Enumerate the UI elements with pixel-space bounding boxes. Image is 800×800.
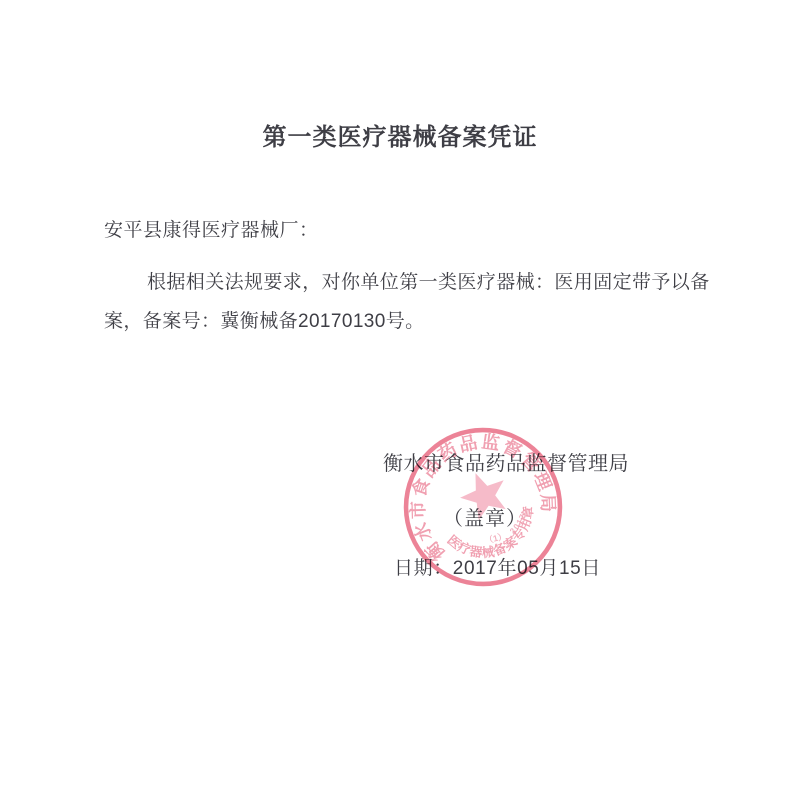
certificate-title: 第一类医疗器械备案凭证 (0, 126, 800, 150)
seal-placeholder-note: （盖章） (443, 507, 527, 531)
body-paragraph: 根据相关法规要求，对你单位第一类医疗器械：医用固定带予以备 案，备案号：冀衡械备… (104, 263, 710, 341)
seal-index-mark: （1） (484, 531, 508, 546)
seal-ring-text: 衡水市食品药品监督管理局 (384, 409, 565, 568)
body-line-2: 案，备案号：冀衡械备20170130号。 (104, 302, 710, 341)
addressee-line: 安平县康得医疗器械厂： (104, 220, 319, 243)
issuing-agency: 衡水市食品药品监督管理局 (383, 452, 629, 476)
body-line-1: 根据相关法规要求，对你单位第一类医疗器械：医用固定带予以备 (104, 263, 710, 302)
certificate-page: 第一类医疗器械备案凭证 安平县康得医疗器械厂： 根据相关法规要求，对你单位第一类… (0, 0, 800, 800)
issue-date-line: 日期：2017年05月15日 (394, 558, 601, 581)
svg-text:衡水市食品药品监督管理局: 衡水市食品药品监督管理局 (384, 409, 565, 568)
